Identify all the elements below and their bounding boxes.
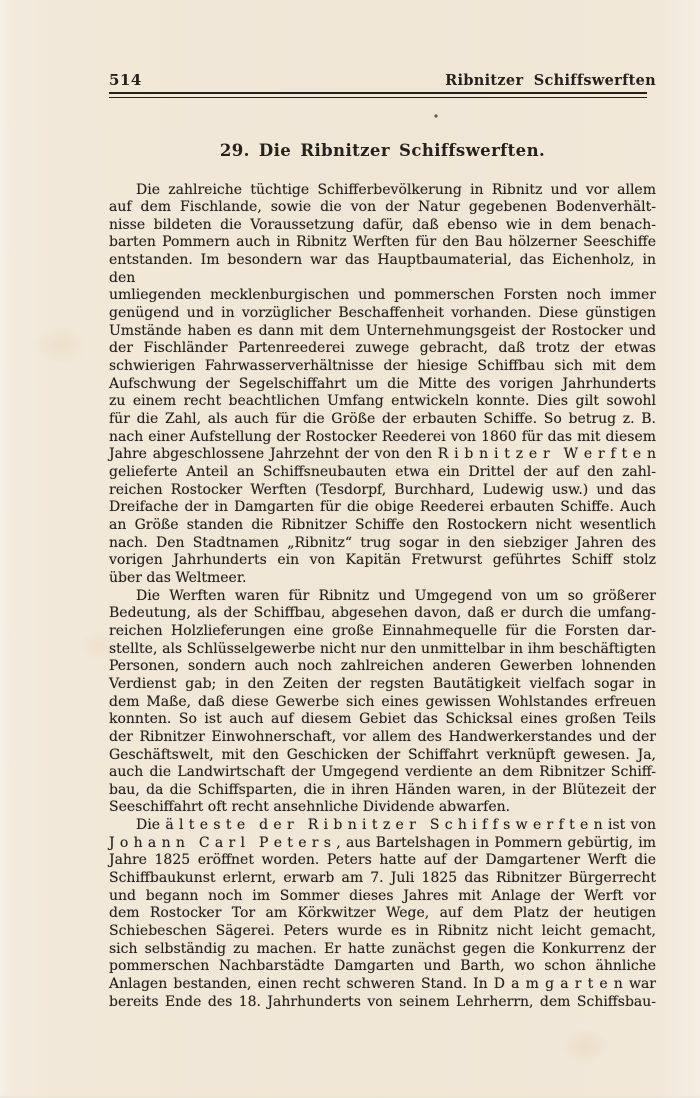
text-line: nach einer Aufstellung der Rostocker Ree… <box>109 429 656 447</box>
text-line: bau, da die Schiffsparten, die in ihren … <box>109 782 656 800</box>
text-line: Die zahlreiche tüchtige Schifferbevölker… <box>109 182 656 200</box>
text-line: Jahre 1825 eröffnet worden. Peters hatte… <box>109 852 656 870</box>
text-line: der Ribnitzer Einwohnerschaft, vor allem… <box>109 729 656 747</box>
text-line: Jahre abgeschlossene Jahrzehnt der von d… <box>109 446 656 464</box>
text-line: Seeschiffahrt oft recht ansehnliche Divi… <box>109 799 656 817</box>
text-line: nisse bildeten die Voraussetzung dafür, … <box>109 217 656 235</box>
text-line: an Größe standen die Ribnitzer Schiffe d… <box>109 517 656 535</box>
text-line: reichen Rostocker Werften (Tesdorpf, Bur… <box>109 482 656 500</box>
text-line: Geschäftswelt, mit den Geschicken der Sc… <box>109 747 656 765</box>
body-text: Die zahlreiche tüchtige Schifferbevölker… <box>109 182 656 1012</box>
book-page: 514 Ribnitzer Schiffswerften 29. Die Rib… <box>0 0 700 1098</box>
text-line: barten Pommern auch in Ribnitz Werften f… <box>109 234 656 252</box>
text-line: vorigen Jahrhunderts ein von Kapitän Fre… <box>109 552 656 570</box>
text-line: bereits Ende des 18. Jahrhunderts von se… <box>109 994 656 1012</box>
text-line: Bedeutung, als der Schiffbau, abgesehen … <box>109 605 656 623</box>
running-title: Ribnitzer Schiffswerften <box>445 74 656 89</box>
text-line: der Fischländer Partenreederei zuwege ge… <box>109 340 656 358</box>
text-line: nach. Den Stadtnamen „Ribnitz“ trug soga… <box>109 535 656 553</box>
text-line: Dreifache der in Damgarten für die obige… <box>109 499 656 517</box>
text-line: stellte, als Schlüsselgewerbe nicht nur … <box>109 641 656 659</box>
text-line: konnten. So ist auch auf diesem Gebiet d… <box>109 711 656 729</box>
text-line: Die Werften waren für Ribnitz und Umgege… <box>109 588 656 606</box>
text-line: sich selbständig zu machen. Er hatte zun… <box>109 941 656 959</box>
text-line: Aufschwung der Segelschiffahrt um die Mi… <box>109 376 656 394</box>
text-line: Schiffbaukunst erlernt, erwarb am 7. Jul… <box>109 870 656 888</box>
page-number: 514 <box>109 73 142 88</box>
text-line: entstanden. Im besondern war das Hauptba… <box>109 252 656 287</box>
text-line: dem Rostocker Tor am Körkwitzer Wege, au… <box>109 905 656 923</box>
text-line: J o h a n n C a r l P e t e r s , aus Ba… <box>109 835 656 853</box>
text-line: zu einem recht beachtlichen Umfang entwi… <box>109 393 656 411</box>
text-line: über das Weltmeer. <box>109 570 656 588</box>
text-line: Die ä l t e s t e d e r R i b n i t z e … <box>109 817 656 835</box>
text-line: auf dem Fischlande, sowie die von der Na… <box>109 199 656 217</box>
running-head: 514 Ribnitzer Schiffswerften <box>109 73 656 88</box>
page-content: 514 Ribnitzer Schiffswerften 29. Die Rib… <box>109 0 656 1011</box>
text-line: umliegenden mecklenburgischen und pommer… <box>109 287 656 305</box>
text-line: gelieferte Anteil an Schiffsneubauten et… <box>109 464 656 482</box>
text-line: Verdienst gab; in den Zeiten der regsten… <box>109 676 656 694</box>
text-line: Personen, sondern auch noch zahlreichen … <box>109 658 656 676</box>
text-line: auch die Landwirtschaft der Umgegend ver… <box>109 764 656 782</box>
text-line: Anlagen bestanden, einen recht schweren … <box>109 976 656 994</box>
text-line: genügend und in vorzüglicher Beschaffenh… <box>109 305 656 323</box>
text-line: schwierigen Fahrwasserverhältnisse der h… <box>109 358 656 376</box>
text-line: für die Zahl, als auch für die Größe der… <box>109 411 656 429</box>
header-rule <box>109 92 647 98</box>
text-line: Umstände haben es dann mit dem Unternehm… <box>109 323 656 341</box>
text-line: pommerschen Nachbarstädte Damgarten und … <box>109 958 656 976</box>
text-line: Schiebeschen Sägerei. Peters wurde es in… <box>109 923 656 941</box>
text-line: dem Maße, daß diese Gewerbe sich eines g… <box>109 694 656 712</box>
text-line: und begann noch im Sommer dieses Jahres … <box>109 888 656 906</box>
chapter-title: 29. Die Ribnitzer Schiffswerften. <box>109 143 656 160</box>
text-line: reichen Holzlieferungen eine große Einna… <box>109 623 656 641</box>
